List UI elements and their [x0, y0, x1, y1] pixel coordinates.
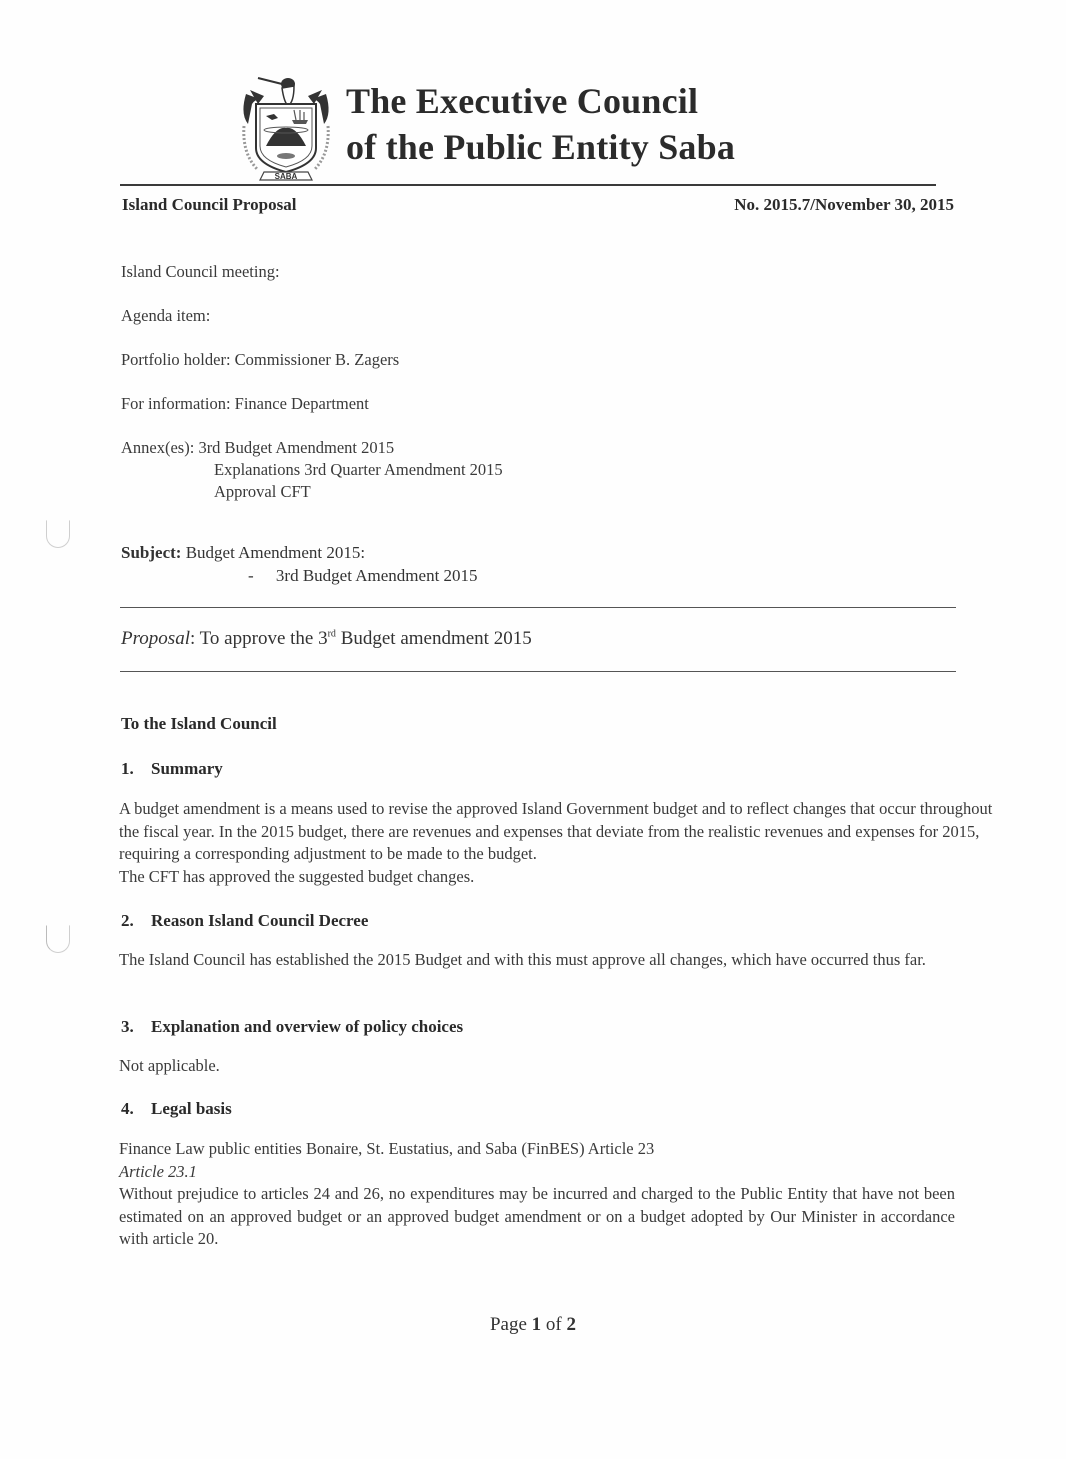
annex-item: 3rd Budget Amendment 2015 [198, 438, 394, 457]
section-title: Explanation and overview of policy choic… [151, 1017, 463, 1036]
section-heading-legal-basis: 4.Legal basis [121, 1099, 232, 1119]
addressee: To the Island Council [121, 714, 277, 734]
section-number: 1. [121, 759, 151, 779]
saba-coat-of-arms-icon: SABA [238, 64, 334, 184]
annexes-label-text: Annex(es): [121, 438, 194, 457]
proposal-superscript: rd [328, 629, 336, 640]
section-body-summary: A budget amendment is a means used to re… [119, 798, 1009, 888]
paragraph: The Island Council has established the 2… [119, 949, 949, 972]
binder-hole-mark [46, 925, 70, 953]
subject-item: - 3rd Budget Amendment 2015 [248, 566, 478, 586]
subject: Subject: Budget Amendment 2015: [121, 543, 365, 563]
title-line-1: The Executive Council [346, 78, 735, 124]
page-total: 2 [567, 1314, 577, 1335]
document-page: SABA The Executive Council of the Public… [0, 0, 1066, 1459]
section-heading-policy-choices: 3.Explanation and overview of policy cho… [121, 1017, 463, 1037]
proposal-label: Proposal [121, 628, 190, 649]
section-body-policy-choices: Not applicable. [119, 1055, 1009, 1078]
article-label: Article 23.1 [119, 1161, 955, 1184]
page-title: The Executive Council of the Public Enti… [346, 78, 735, 170]
subject-divider [120, 607, 956, 608]
section-title: Summary [151, 759, 223, 778]
agenda-item-field: Agenda item: [121, 306, 210, 326]
annexes-label: Annex(es): 3rd Budget Amendment 2015 [121, 438, 394, 458]
page-current: 1 [532, 1314, 542, 1335]
section-title: Reason Island Council Decree [151, 911, 368, 930]
subject-item-bullet: - [248, 566, 254, 585]
proposal-type: Island Council Proposal [122, 195, 296, 215]
proposal-text: : To approve the 3 [190, 628, 328, 649]
article-text: Without prejudice to articles 24 and 26,… [119, 1183, 955, 1251]
title-line-2: of the Public Entity Saba [346, 124, 735, 170]
paragraph: The CFT has approved the suggested budge… [119, 866, 1009, 889]
header-divider [120, 184, 936, 186]
section-heading-summary: 1.Summary [121, 759, 223, 779]
section-number: 3. [121, 1017, 151, 1037]
page-number: Page 1 of 2 [0, 1314, 1066, 1336]
proposal-divider [120, 671, 956, 672]
paragraph: A budget amendment is a means used to re… [119, 798, 1009, 866]
paragraph: Not applicable. [119, 1055, 1009, 1078]
meeting-field: Island Council meeting: [121, 262, 280, 282]
annex-item: Explanations 3rd Quarter Amendment 2015 [214, 460, 503, 480]
page-middle: of [541, 1314, 566, 1335]
paragraph: Finance Law public entities Bonaire, St.… [119, 1138, 955, 1161]
subject-item-text: 3rd Budget Amendment 2015 [276, 566, 478, 585]
proposal-number: No. 2015.7/November 30, 2015 [734, 195, 954, 215]
section-body-legal-basis: Finance Law public entities Bonaire, St.… [119, 1138, 955, 1251]
subject-text: Budget Amendment 2015: [186, 543, 365, 562]
portfolio-holder-field: Portfolio holder: Commissioner B. Zagers [121, 350, 399, 370]
svg-text:SABA: SABA [275, 172, 298, 181]
section-number: 4. [121, 1099, 151, 1119]
for-information-field: For information: Finance Department [121, 394, 369, 414]
section-body-reason: The Island Council has established the 2… [119, 949, 949, 972]
page-prefix: Page [490, 1314, 532, 1335]
section-heading-reason: 2.Reason Island Council Decree [121, 911, 368, 931]
annex-item: Approval CFT [214, 482, 311, 502]
section-title: Legal basis [151, 1099, 232, 1118]
section-number: 2. [121, 911, 151, 931]
proposal-text-end: Budget amendment 2015 [336, 628, 532, 649]
subject-label: Subject: [121, 543, 181, 562]
proposal-statement: Proposal: To approve the 3rd Budget amen… [121, 628, 532, 650]
binder-hole-mark [46, 520, 70, 548]
